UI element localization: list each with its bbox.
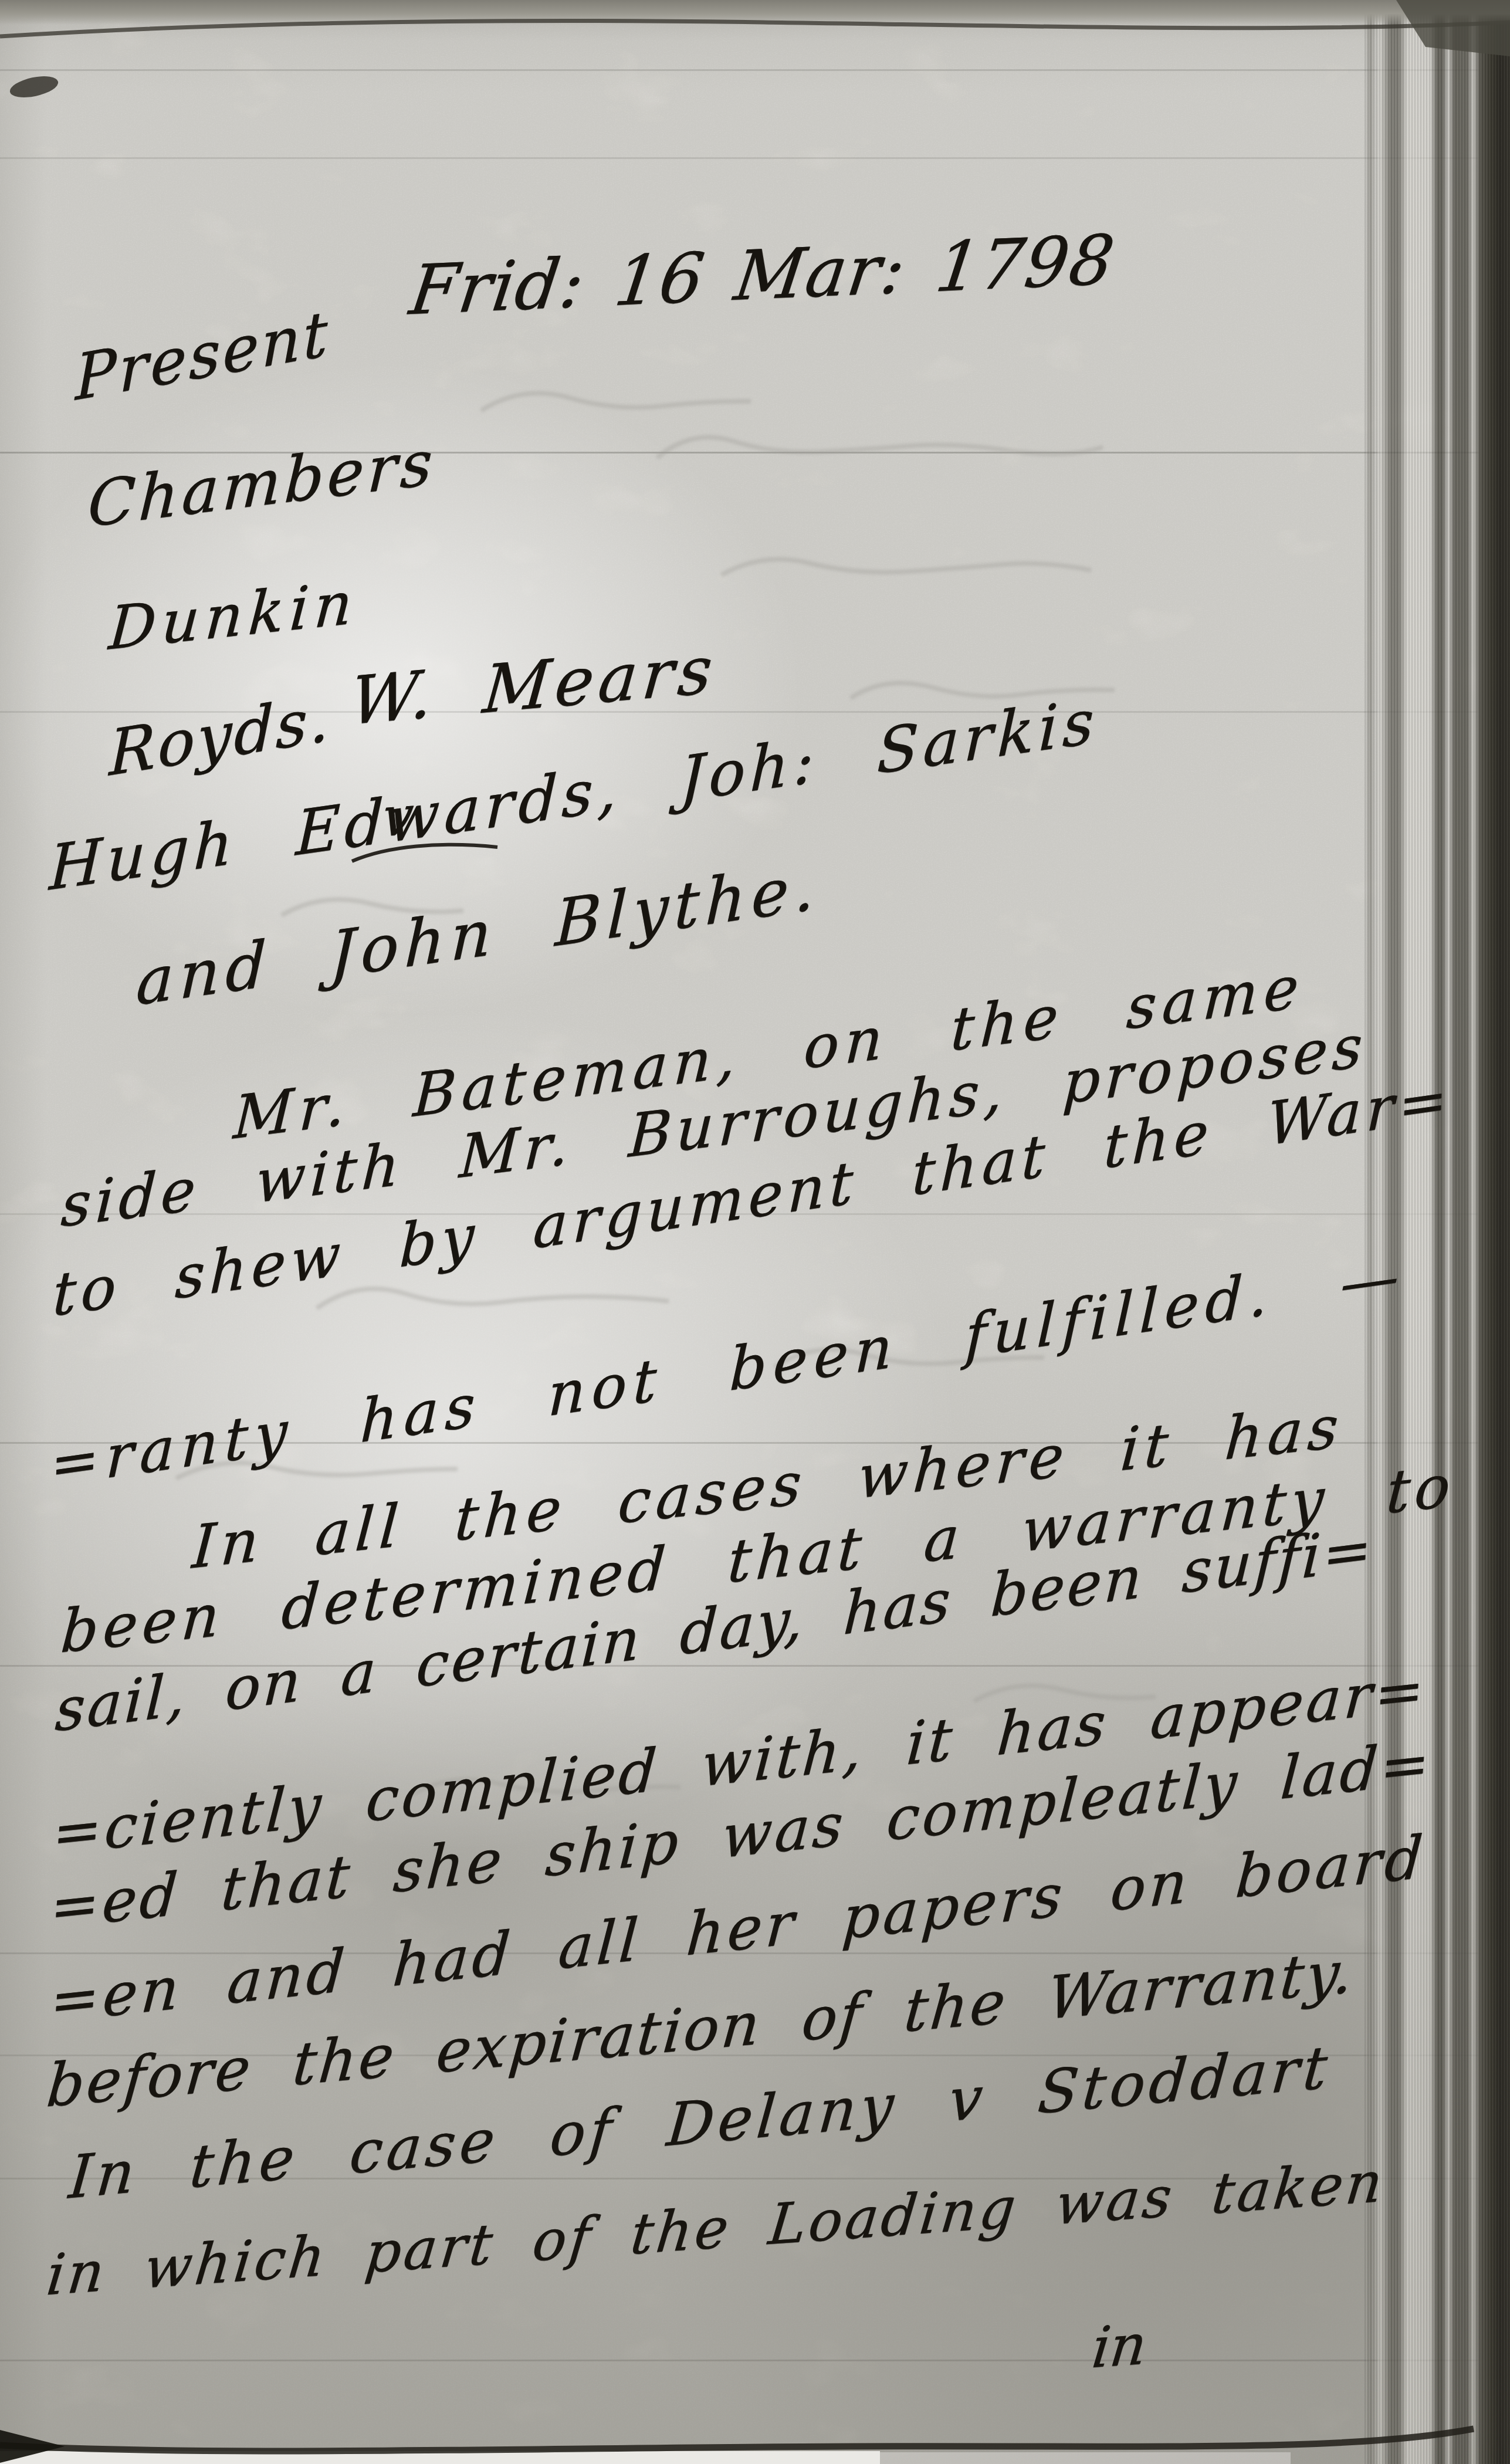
scan-line <box>0 69 1510 71</box>
present-heading: Present <box>75 302 330 410</box>
case-plaintiff: W. Mears <box>348 637 719 735</box>
page-top-edge <box>0 0 1510 25</box>
scan-line <box>0 2360 1510 2361</box>
scan-line <box>0 157 1510 159</box>
present-name: Dunkin <box>107 573 360 659</box>
case-defendants-line: and John Blythe. <box>135 855 821 1015</box>
present-name: Chambers <box>86 431 437 537</box>
book-binding-page-edges <box>1365 0 1510 2464</box>
present-name: Royds. <box>109 687 332 786</box>
manuscript-page: Frid: 16 Mar: 1798 Present Chambers Dunk… <box>0 0 1510 2464</box>
catchword: in <box>1089 2317 1149 2377</box>
dateline: Frid: 16 Mar: 1798 <box>406 226 1119 325</box>
